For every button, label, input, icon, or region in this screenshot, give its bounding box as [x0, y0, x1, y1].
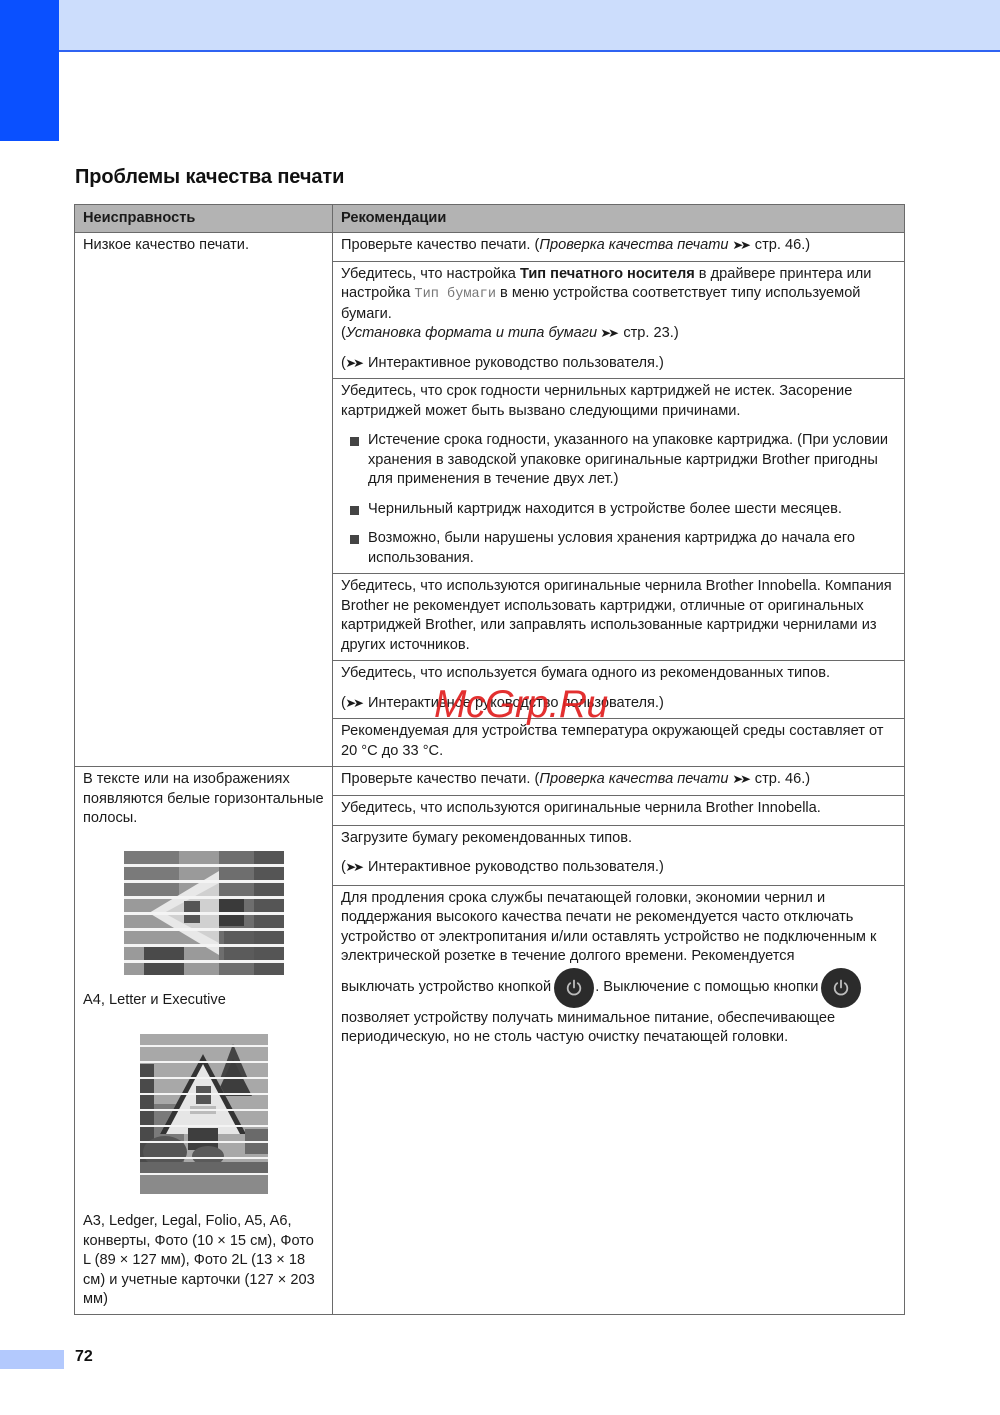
recommendation-cell: Для продления срока службы печатающей го…: [333, 885, 905, 1314]
white-stripes-portrait-sample-image: [140, 1034, 268, 1194]
recommendation-cell: Рекомендуемая для устройства температура…: [333, 719, 905, 767]
table-header-row: Неисправность Рекомендации: [75, 205, 905, 233]
table-row: Низкое качество печати. Проверьте качест…: [75, 233, 905, 262]
recommendation-cell: Загрузите бумагу рекомендованных типов. …: [333, 825, 905, 885]
column-header-problem: Неисправность: [75, 205, 333, 233]
double-arrow-icon: ➤➤: [345, 858, 361, 878]
square-bullet-icon: [350, 437, 359, 446]
recommendation-cell: Проверьте качество печати. (Проверка кач…: [333, 233, 905, 262]
image-caption: A4, Letter и Executive: [83, 991, 324, 1011]
list-item: Истечение срока годности, указанного на …: [349, 431, 896, 490]
white-stripes-landscape-sample-image: [124, 851, 284, 975]
header-band: [0, 0, 1000, 52]
double-arrow-icon: ➤➤: [732, 770, 748, 790]
problem-text: Низкое качество печати.: [83, 237, 249, 253]
cross-reference-link[interactable]: Проверка качества печати: [539, 237, 728, 253]
recommendation-cell: Проверьте качество печати. (Проверка кач…: [333, 767, 905, 796]
recommendation-cell: Убедитесь, что используется бумага одног…: [333, 661, 905, 719]
house-photo: [140, 1034, 268, 1194]
square-bullet-icon: [350, 535, 359, 544]
list-item: Возможно, были нарушены условия хранения…: [349, 529, 896, 568]
problem-text: В тексте или на изображениях появляются …: [83, 770, 324, 829]
recommendation-cell: Убедитесь, что используются оригинальные…: [333, 574, 905, 661]
menu-setting-name: Тип бумаги: [414, 287, 496, 302]
cross-reference-link[interactable]: Установка формата и типа бумаги: [346, 325, 597, 341]
double-arrow-icon: ➤➤: [732, 236, 748, 256]
power-button-icon: [821, 968, 861, 1008]
problem-cell: В тексте или на изображениях появляются …: [75, 767, 333, 1315]
column-header-recommendations: Рекомендации: [333, 205, 905, 233]
footer-tab: [0, 1350, 64, 1369]
setting-name-bold: Тип печатного носителя: [520, 266, 695, 282]
recommendation-cell: Убедитесь, что настройка Тип печатного н…: [333, 261, 905, 379]
square-bullet-icon: [350, 506, 359, 515]
page-title: Проблемы качества печати: [75, 166, 344, 189]
cause-list: Истечение срока годности, указанного на …: [341, 431, 896, 568]
table-row: В тексте или на изображениях появляются …: [75, 767, 905, 796]
double-arrow-icon: ➤➤: [345, 694, 361, 714]
cross-reference-link[interactable]: Проверка качества печати: [539, 771, 728, 787]
list-item: Чернильный картридж находится в устройст…: [349, 500, 896, 520]
online-guide-reference: Интерактивное руководство пользователя.): [364, 355, 664, 371]
online-guide-reference: Интерактивное руководство пользователя.): [364, 695, 664, 711]
print-quality-table: Неисправность Рекомендации Низкое качест…: [74, 204, 905, 1315]
power-button-icon: [554, 968, 594, 1008]
online-guide-reference: Интерактивное руководство пользователя.): [364, 859, 664, 875]
double-arrow-icon: ➤➤: [345, 354, 361, 374]
problem-cell: Низкое качество печати.: [75, 233, 333, 767]
chapter-side-tab: [0, 0, 59, 141]
page-number: 72: [75, 1348, 93, 1366]
recommendation-cell: Убедитесь, что используются оригинальные…: [333, 796, 905, 825]
double-arrow-icon: ➤➤: [600, 324, 616, 344]
recommendation-cell: Убедитесь, что срок годности чернильных …: [333, 379, 905, 574]
image-caption: A3, Ledger, Legal, Folio, A5, A6, конвер…: [83, 1212, 324, 1311]
